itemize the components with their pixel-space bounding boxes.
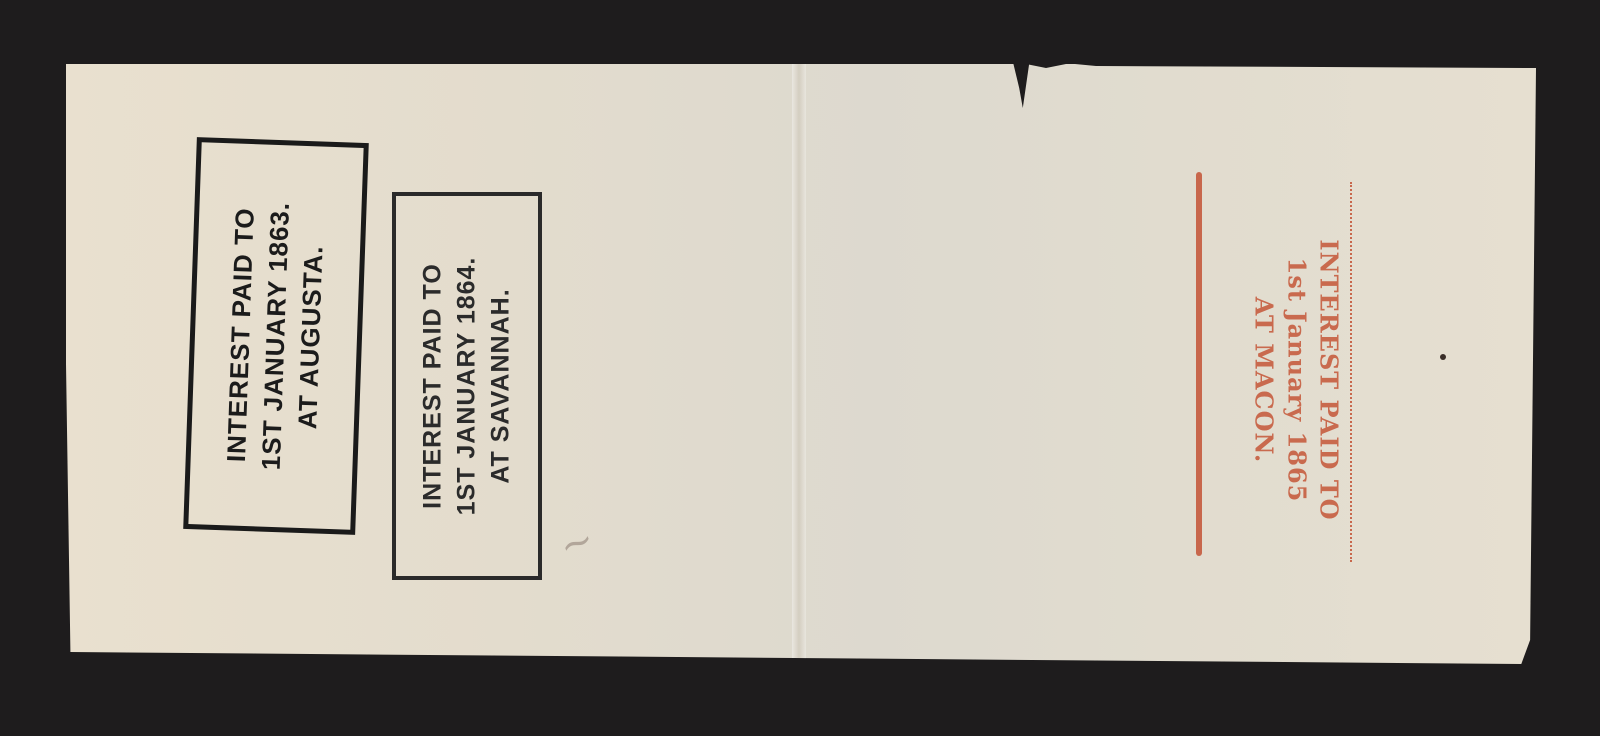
fold-crease [792, 64, 806, 664]
stamp-line: INTEREST PAID TO [1312, 239, 1344, 520]
stamp-line: INTEREST PAID TO [416, 257, 450, 516]
stamp-macon: INTEREST PAID TO 1st January 1865 AT MAC… [1236, 190, 1356, 570]
red-rule-left [1196, 172, 1202, 556]
stamp-augusta: INTEREST PAID TO 1ST JANUARY 1863. AT AU… [183, 137, 369, 535]
ink-spot [1440, 354, 1446, 360]
stamp-line: AT SAVANNAH. [484, 257, 518, 516]
stamp-line: 1st January 1865 [1280, 239, 1312, 520]
stamp-line: 1ST JANUARY 1864. [450, 257, 484, 516]
stamp-savannah: INTEREST PAID TO 1ST JANUARY 1864. AT SA… [392, 192, 542, 580]
stamp-line: AT MACON. [1247, 239, 1279, 520]
